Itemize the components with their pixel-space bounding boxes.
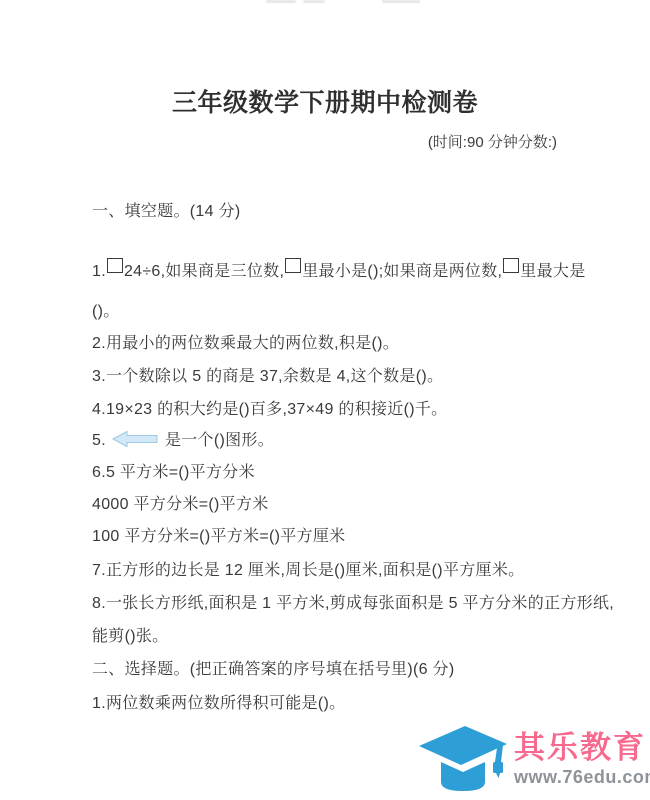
question-1-text: 里最小是();如果商是两位数, bbox=[302, 263, 502, 280]
question-1-text: 里最大是 bbox=[520, 263, 585, 280]
page-top-artifact bbox=[303, 0, 325, 3]
question-5-number: 5. bbox=[92, 432, 106, 449]
exam-time-score-info: (时间:90 分钟分数:) bbox=[428, 131, 557, 152]
brand-name: 其乐教育 bbox=[514, 730, 650, 766]
page-top-artifact bbox=[266, 0, 296, 3]
question-8: 8.一张长方形纸,面积是 1 平方米,剪成每张面积是 5 平方分米的正方形纸, bbox=[92, 590, 614, 613]
blank-box-icon bbox=[503, 258, 519, 273]
page-title: 三年级数学下册期中检测卷 bbox=[0, 83, 650, 119]
graduation-cap-icon bbox=[417, 718, 509, 798]
brand-url: www.76edu.com bbox=[514, 767, 650, 788]
question-1-text: 24÷6,如果商是三位数, bbox=[124, 263, 284, 280]
question-1-text: 1. bbox=[92, 263, 106, 280]
test-paper-page: 三年级数学下册期中检测卷 (时间:90 分钟分数:) 一、填空题。(14 分) … bbox=[0, 0, 650, 800]
blank-box-icon bbox=[285, 258, 301, 273]
question-5: 5.是一个()图形。 bbox=[92, 427, 274, 450]
section1-heading: 一、填空题。(14 分) bbox=[92, 198, 241, 221]
question-6-line2: 4000 平方分米=()平方米 bbox=[92, 491, 269, 514]
question-3: 3.一个数除以 5 的商是 37,余数是 4,这个数是()。 bbox=[92, 363, 443, 386]
question-6-line1: 6.5 平方米=()平方分米 bbox=[92, 459, 255, 482]
left-arrow-icon bbox=[112, 430, 158, 448]
question-5-text: 是一个()图形。 bbox=[165, 432, 274, 449]
question-6-line3: 100 平方分米=()平方米=()平方厘米 bbox=[92, 523, 345, 546]
page-top-artifact bbox=[382, 0, 420, 3]
question-1: 1.24÷6,如果商是三位数,里最小是();如果商是两位数,里最大是 bbox=[92, 258, 586, 281]
question-1-continuation: ()。 bbox=[92, 298, 120, 321]
section2-question-1: 1.两位数乘两位数所得积可能是()。 bbox=[92, 690, 345, 713]
section2-heading: 二、选择题。(把正确答案的序号填在括号里)(6 分) bbox=[92, 656, 454, 679]
watermark-text-block: 其乐教育 www.76edu.com bbox=[514, 730, 650, 788]
question-7: 7.正方形的边长是 12 厘米,周长是()厘米,面积是()平方厘米。 bbox=[92, 557, 524, 580]
question-4: 4.19×23 的积大约是()百多,37×49 的积接近()千。 bbox=[92, 396, 447, 419]
question-8-continuation: 能剪()张。 bbox=[92, 623, 168, 646]
blank-box-icon bbox=[107, 258, 123, 273]
question-2: 2.用最小的两位数乘最大的两位数,积是()。 bbox=[92, 330, 399, 353]
site-watermark: 其乐教育 www.76edu.com bbox=[417, 718, 650, 798]
